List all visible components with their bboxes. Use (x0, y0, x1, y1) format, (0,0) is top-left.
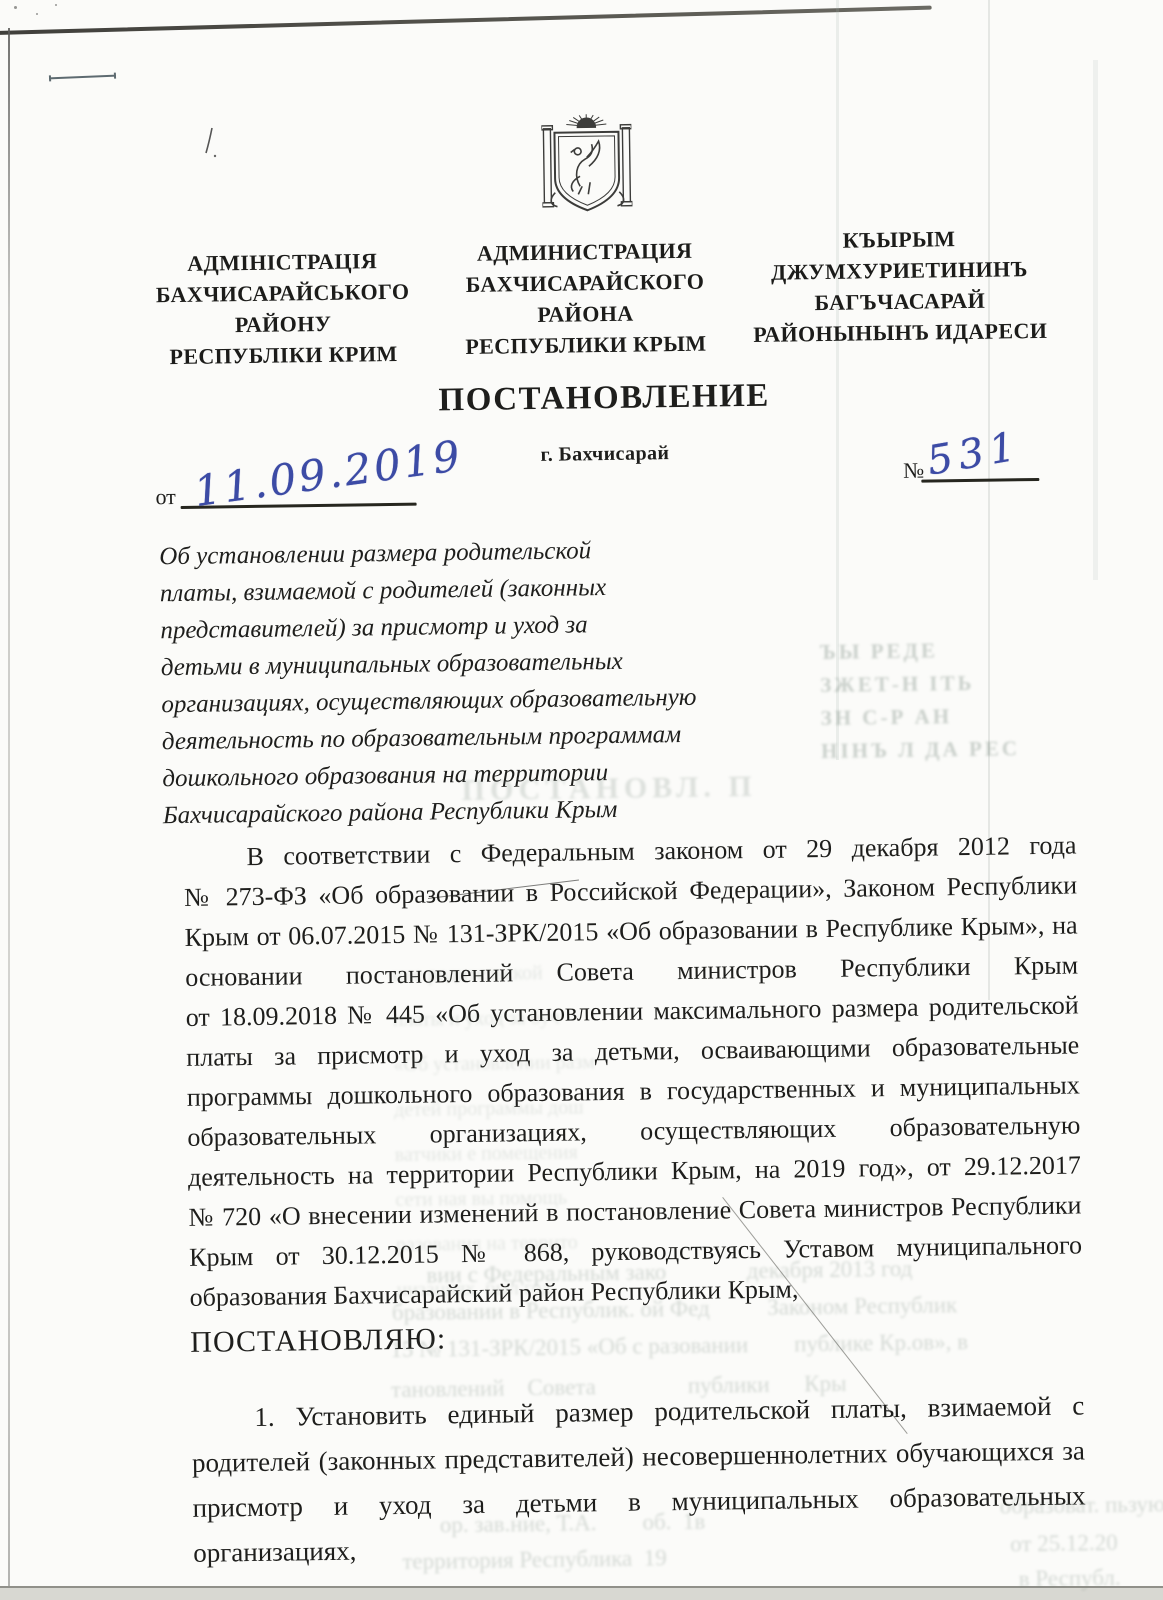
letterhead-line: АДМИНИСТРАЦИЯ (447, 234, 722, 269)
letterhead-line: РЕСПУБЛИКИ КРЫМ (448, 327, 723, 362)
letterhead-line: БАХЧИСАРАЙСЬКОГО (142, 276, 422, 311)
letterhead-line: ДЖУМХУРИЕТИНИНЪ (734, 253, 1064, 289)
bleedthrough-line: от 25.12.20 (1010, 1530, 1118, 1557)
handwritten-number: 531 (924, 423, 1025, 484)
letterhead-line: РАЙОНА (448, 296, 723, 331)
preamble-paragraph: В соответствии с Федеральным законом от … (183, 825, 1083, 1317)
bleedthrough-line: ЗН С-Р АН (820, 698, 1090, 735)
bleedthrough-line: 15 № 131-ЗРК/2015 «Об с разовании публик… (390, 1329, 968, 1363)
letterhead-ukrainian: АДМІНІСТРАЦІЯ БАХЧИСАРАЙСЬКОГО РАЙОНУ РЕ… (142, 245, 424, 373)
bleedthrough-line: ЗЖЕТ-Н ІТЬ (820, 665, 1090, 702)
document-title: ПОСТАНОВЛЕНИЕ (374, 377, 834, 420)
letterhead-line: РАЙОНУ (143, 307, 423, 342)
scanned-resolution-page: АДМІНІСТРАЦІЯ БАХЧИСАРАЙСЬКОГО РАЙОНУ РЕ… (0, 0, 1163, 1600)
bleedthrough-line: НІНЪ Л ДА РЕС (821, 731, 1091, 768)
letterhead-line: РЕСПУБЛІКИ КРИМ (143, 338, 423, 373)
subject-block: Об установлении размера родительской пла… (159, 530, 753, 834)
subject-line: Бахчисарайского района Республики Крым (163, 789, 753, 834)
letterhead-crimean-tatar: КЪЫРЫМ ДЖУМХУРИЕТИНИНЪ БАГЪЧАСАРАЙ РАЙОН… (734, 222, 1066, 351)
bleedthrough-header: ЪЫ РЕДЕ ЗЖЕТ-Н ІТЬ ЗН С-Р АН НІНЪ Л ДА Р… (819, 632, 1091, 768)
bleedthrough-line: ЪЫ РЕДЕ (819, 632, 1089, 669)
document-content: АДМІНІСТРАЦІЯ БАХЧИСАРАЙСЬКОГО РАЙОНУ РЕ… (0, 0, 1163, 1600)
letterhead-line: АДМІНІСТРАЦІЯ (142, 245, 422, 280)
resolve-heading: ПОСТАНОВЛЯЮ: (190, 1322, 446, 1360)
crimea-griffin-coat-of-arms-icon (541, 112, 632, 219)
letterhead-line: КЪЫРЫМ (734, 222, 1064, 258)
bleedthrough-line: территория Республика 19 (402, 1545, 667, 1575)
letterhead-line: РАЙОНЫНЫНЪ ИДАРЕСИ (735, 315, 1065, 351)
date-label: от (155, 484, 176, 510)
letterhead-russian: АДМИНИСТРАЦИЯ БАХЧИСАРАЙСКОГО РАЙОНА РЕС… (447, 234, 724, 362)
letterhead-line: БАХЧИСАРАЙСКОГО (447, 265, 722, 300)
item-1-paragraph: 1. Установить единый размер родительской… (191, 1383, 1086, 1530)
letterhead-line: БАГЪЧАСАРАЙ (735, 284, 1065, 320)
